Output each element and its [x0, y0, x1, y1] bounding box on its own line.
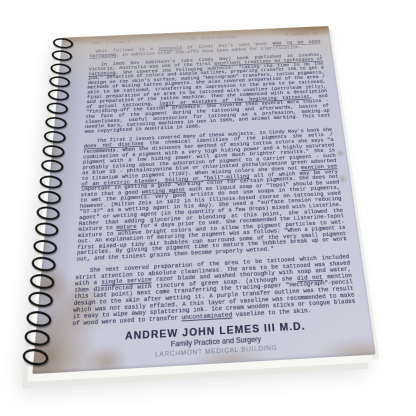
photo-background: Vol. 1 Issue 3 TATTOO, EARLY RECORDS © J… [0, 0, 416, 416]
header-date: © January 19 [285, 32, 317, 38]
paragraph-skin-preparation: She next covered preparation of the area… [72, 254, 356, 327]
binding-coil [44, 115, 69, 130]
binding-coil [48, 75, 72, 89]
binding-coil [51, 37, 74, 50]
document-page: Vol. 1 Issue 3 TATTOO, EARLY RECORDS © J… [32, 26, 375, 374]
binding-coil [36, 189, 63, 206]
text-segment: uncontaminated [181, 311, 232, 321]
paragraph-pigments: The first 2 issues covered many of these… [76, 127, 348, 263]
page-content: Vol. 1 Issue 3 TATTOO, EARLY RECORDS © J… [70, 32, 365, 367]
binding-coil [24, 308, 53, 328]
paragraph-book-overview: In 1965 Bev Robinson's (aka Cindy Ray) b… [85, 52, 332, 134]
binding-coil [22, 327, 52, 348]
binding-coil [38, 173, 64, 189]
binding-coil [41, 144, 67, 160]
binding-coil [26, 290, 55, 309]
header-title: TATTOO, EARLY RECORDS [180, 35, 236, 42]
binding-coil [49, 62, 73, 76]
header-issue: Vol. 1 Issue 3 [92, 40, 130, 46]
binding-coil [50, 49, 74, 62]
binding-coil [39, 158, 65, 174]
book-stage: Vol. 1 Issue 3 TATTOO, EARLY RECORDS © J… [50, 4, 350, 350]
typewritten-text: Vol. 1 Issue 3 TATTOO, EARLY RECORDS © J… [70, 32, 362, 365]
binding-coil [30, 255, 58, 273]
binding-coil [31, 238, 59, 256]
binding-coil [45, 101, 70, 116]
binding-coil [46, 88, 70, 102]
binding-coil [28, 272, 56, 291]
binding-coil [35, 205, 62, 222]
binding-coil [42, 129, 67, 144]
spiral-bound-document: Vol. 1 Issue 3 TATTOO, EARLY RECORDS © J… [32, 26, 375, 374]
binding-coil [33, 221, 60, 239]
